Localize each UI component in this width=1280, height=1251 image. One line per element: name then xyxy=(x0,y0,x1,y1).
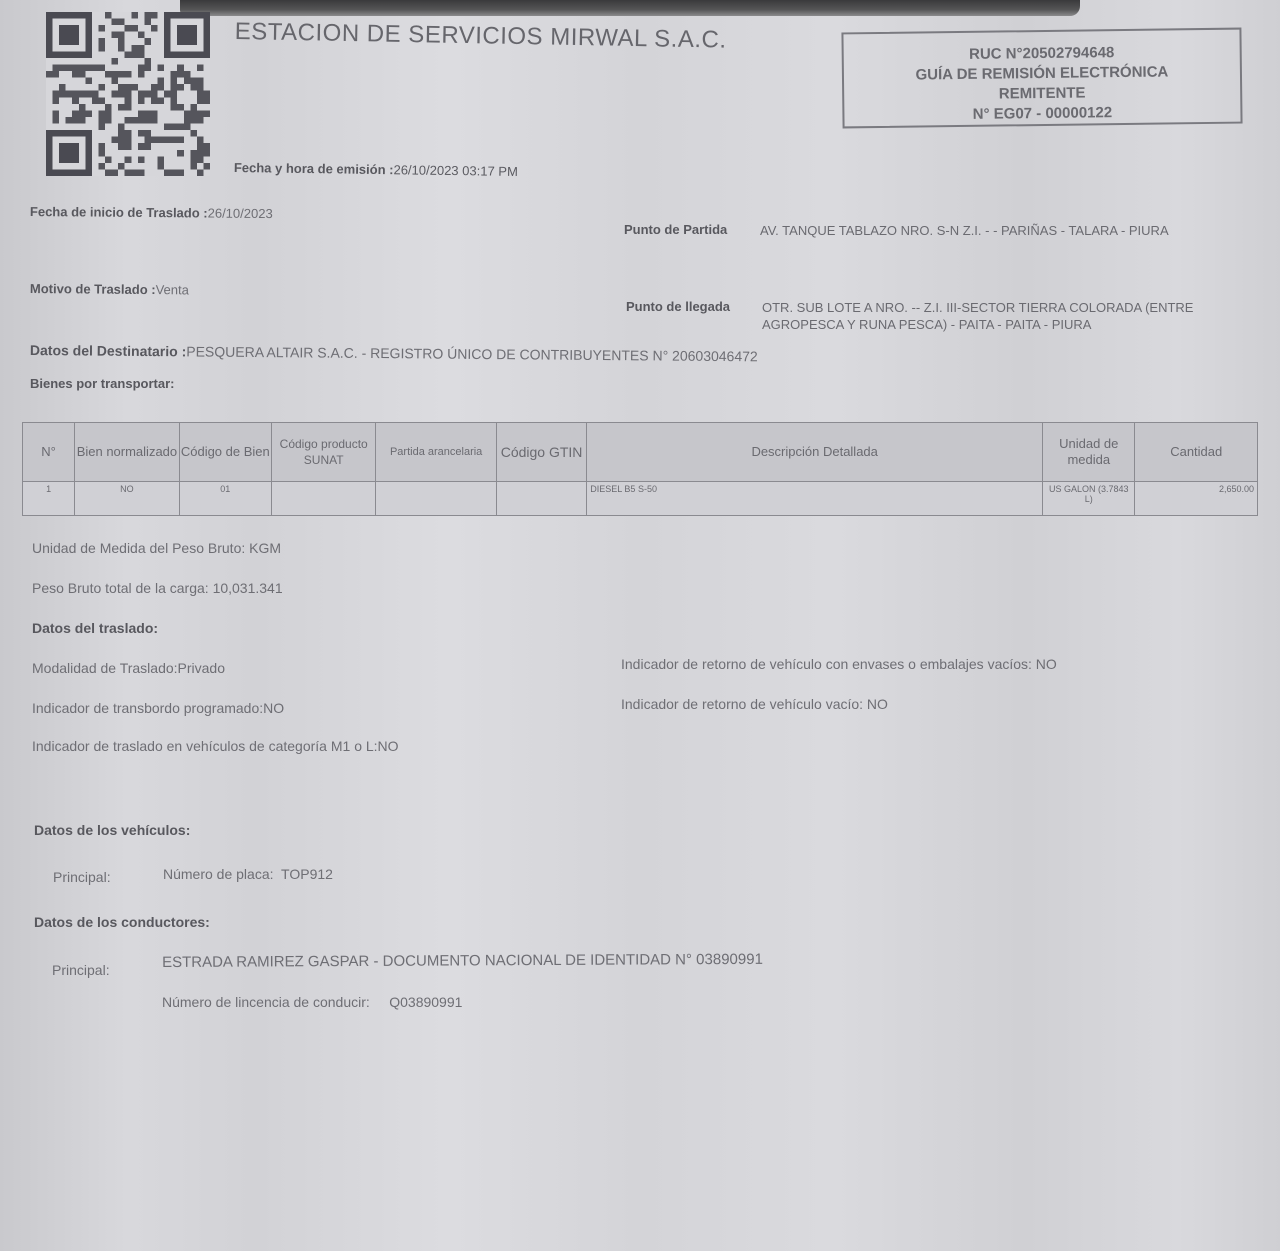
transfer-modality: Modalidad de Traslado:Privado xyxy=(32,660,225,676)
document-number: N° EG07 - 00000122 xyxy=(844,102,1240,127)
goods-heading: Bienes por transportar: xyxy=(30,376,174,391)
cell-bien-normalizado: NO xyxy=(75,482,179,516)
transshipment-indicator: Indicador de transbordo programado:NO xyxy=(32,700,284,716)
gross-weight-total: Peso Bruto total de la carga: 10,031.341 xyxy=(32,580,283,596)
vehicle-plate: Número de placa: TOP912 xyxy=(163,866,333,882)
col-n: N° xyxy=(23,423,75,482)
company-name: ESTACION DE SERVICIOS MIRWAL S.A.C. xyxy=(235,18,727,55)
emission-label: Fecha y hora de emisión : xyxy=(234,160,394,177)
driver-license: Número de lincencia de conducir: Q038909… xyxy=(162,994,462,1010)
driver-principal-label: Principal: xyxy=(52,962,110,978)
cell-descripcion: DIESEL B5 S-50 xyxy=(587,482,1043,516)
emission-datetime: Fecha y hora de emisión :26/10/2023 03:1… xyxy=(234,160,518,179)
cell-codigo-sunat xyxy=(271,482,375,516)
col-codigo-bien: Código de Bien xyxy=(179,423,271,482)
ruc-document-box: RUC N°20502794648 GUÍA DE REMISIÓN ELECT… xyxy=(841,28,1242,129)
return-packages-indicator: Indicador de retorno de vehículo con env… xyxy=(621,656,1057,672)
return-empty-indicator: Indicador de retorno de vehículo vacío: … xyxy=(621,696,888,712)
transfer-data-heading: Datos del traslado: xyxy=(32,620,158,636)
m1-category-indicator: Indicador de traslado en vehículos de ca… xyxy=(32,738,399,754)
col-descripcion: Descripción Detallada xyxy=(587,423,1043,482)
transfer-reason: Motivo de Traslado :Venta xyxy=(30,281,189,297)
clipboard-edge xyxy=(180,0,1080,16)
drivers-heading: Datos de los conductores: xyxy=(34,914,210,930)
gross-weight-unit: Unidad de Medida del Peso Bruto: KGM xyxy=(32,540,281,556)
cell-partida xyxy=(376,482,496,516)
qr-code-icon xyxy=(44,12,212,176)
cell-n: 1 xyxy=(23,482,75,516)
col-bien-normalizado: Bien normalizado xyxy=(75,423,179,482)
recipient-data: Datos del Destinatario :PESQUERA ALTAIR … xyxy=(30,342,758,364)
cell-unidad: US GALON (3.7843 L) xyxy=(1043,482,1135,516)
vehicle-principal-label: Principal: xyxy=(53,869,111,885)
cell-cantidad: 2,650.00 xyxy=(1135,482,1258,516)
driver-identity: ESTRADA RAMIREZ GASPAR - DOCUMENTO NACIO… xyxy=(162,951,763,971)
goods-table-header: N° Bien normalizado Código de Bien Códig… xyxy=(23,423,1258,482)
goods-table: N° Bien normalizado Código de Bien Códig… xyxy=(22,422,1258,516)
cell-gtin xyxy=(496,482,586,516)
col-unidad: Unidad de medida xyxy=(1043,423,1135,482)
col-codigo-sunat: Código producto SUNAT xyxy=(271,423,375,482)
col-partida: Partida arancelaria xyxy=(376,423,496,482)
col-cantidad: Cantidad xyxy=(1135,423,1258,482)
table-row: 1 NO 01 DIESEL B5 S-50 US GALON (3.7843 … xyxy=(23,482,1258,516)
vehicles-heading: Datos de los vehículos: xyxy=(34,822,190,838)
emission-value: 26/10/2023 03:17 PM xyxy=(393,162,518,179)
col-gtin: Código GTIN xyxy=(496,423,586,482)
transfer-start-date: Fecha de inicio de Traslado :26/10/2023 xyxy=(30,204,273,221)
cell-codigo-bien: 01 xyxy=(179,482,271,516)
